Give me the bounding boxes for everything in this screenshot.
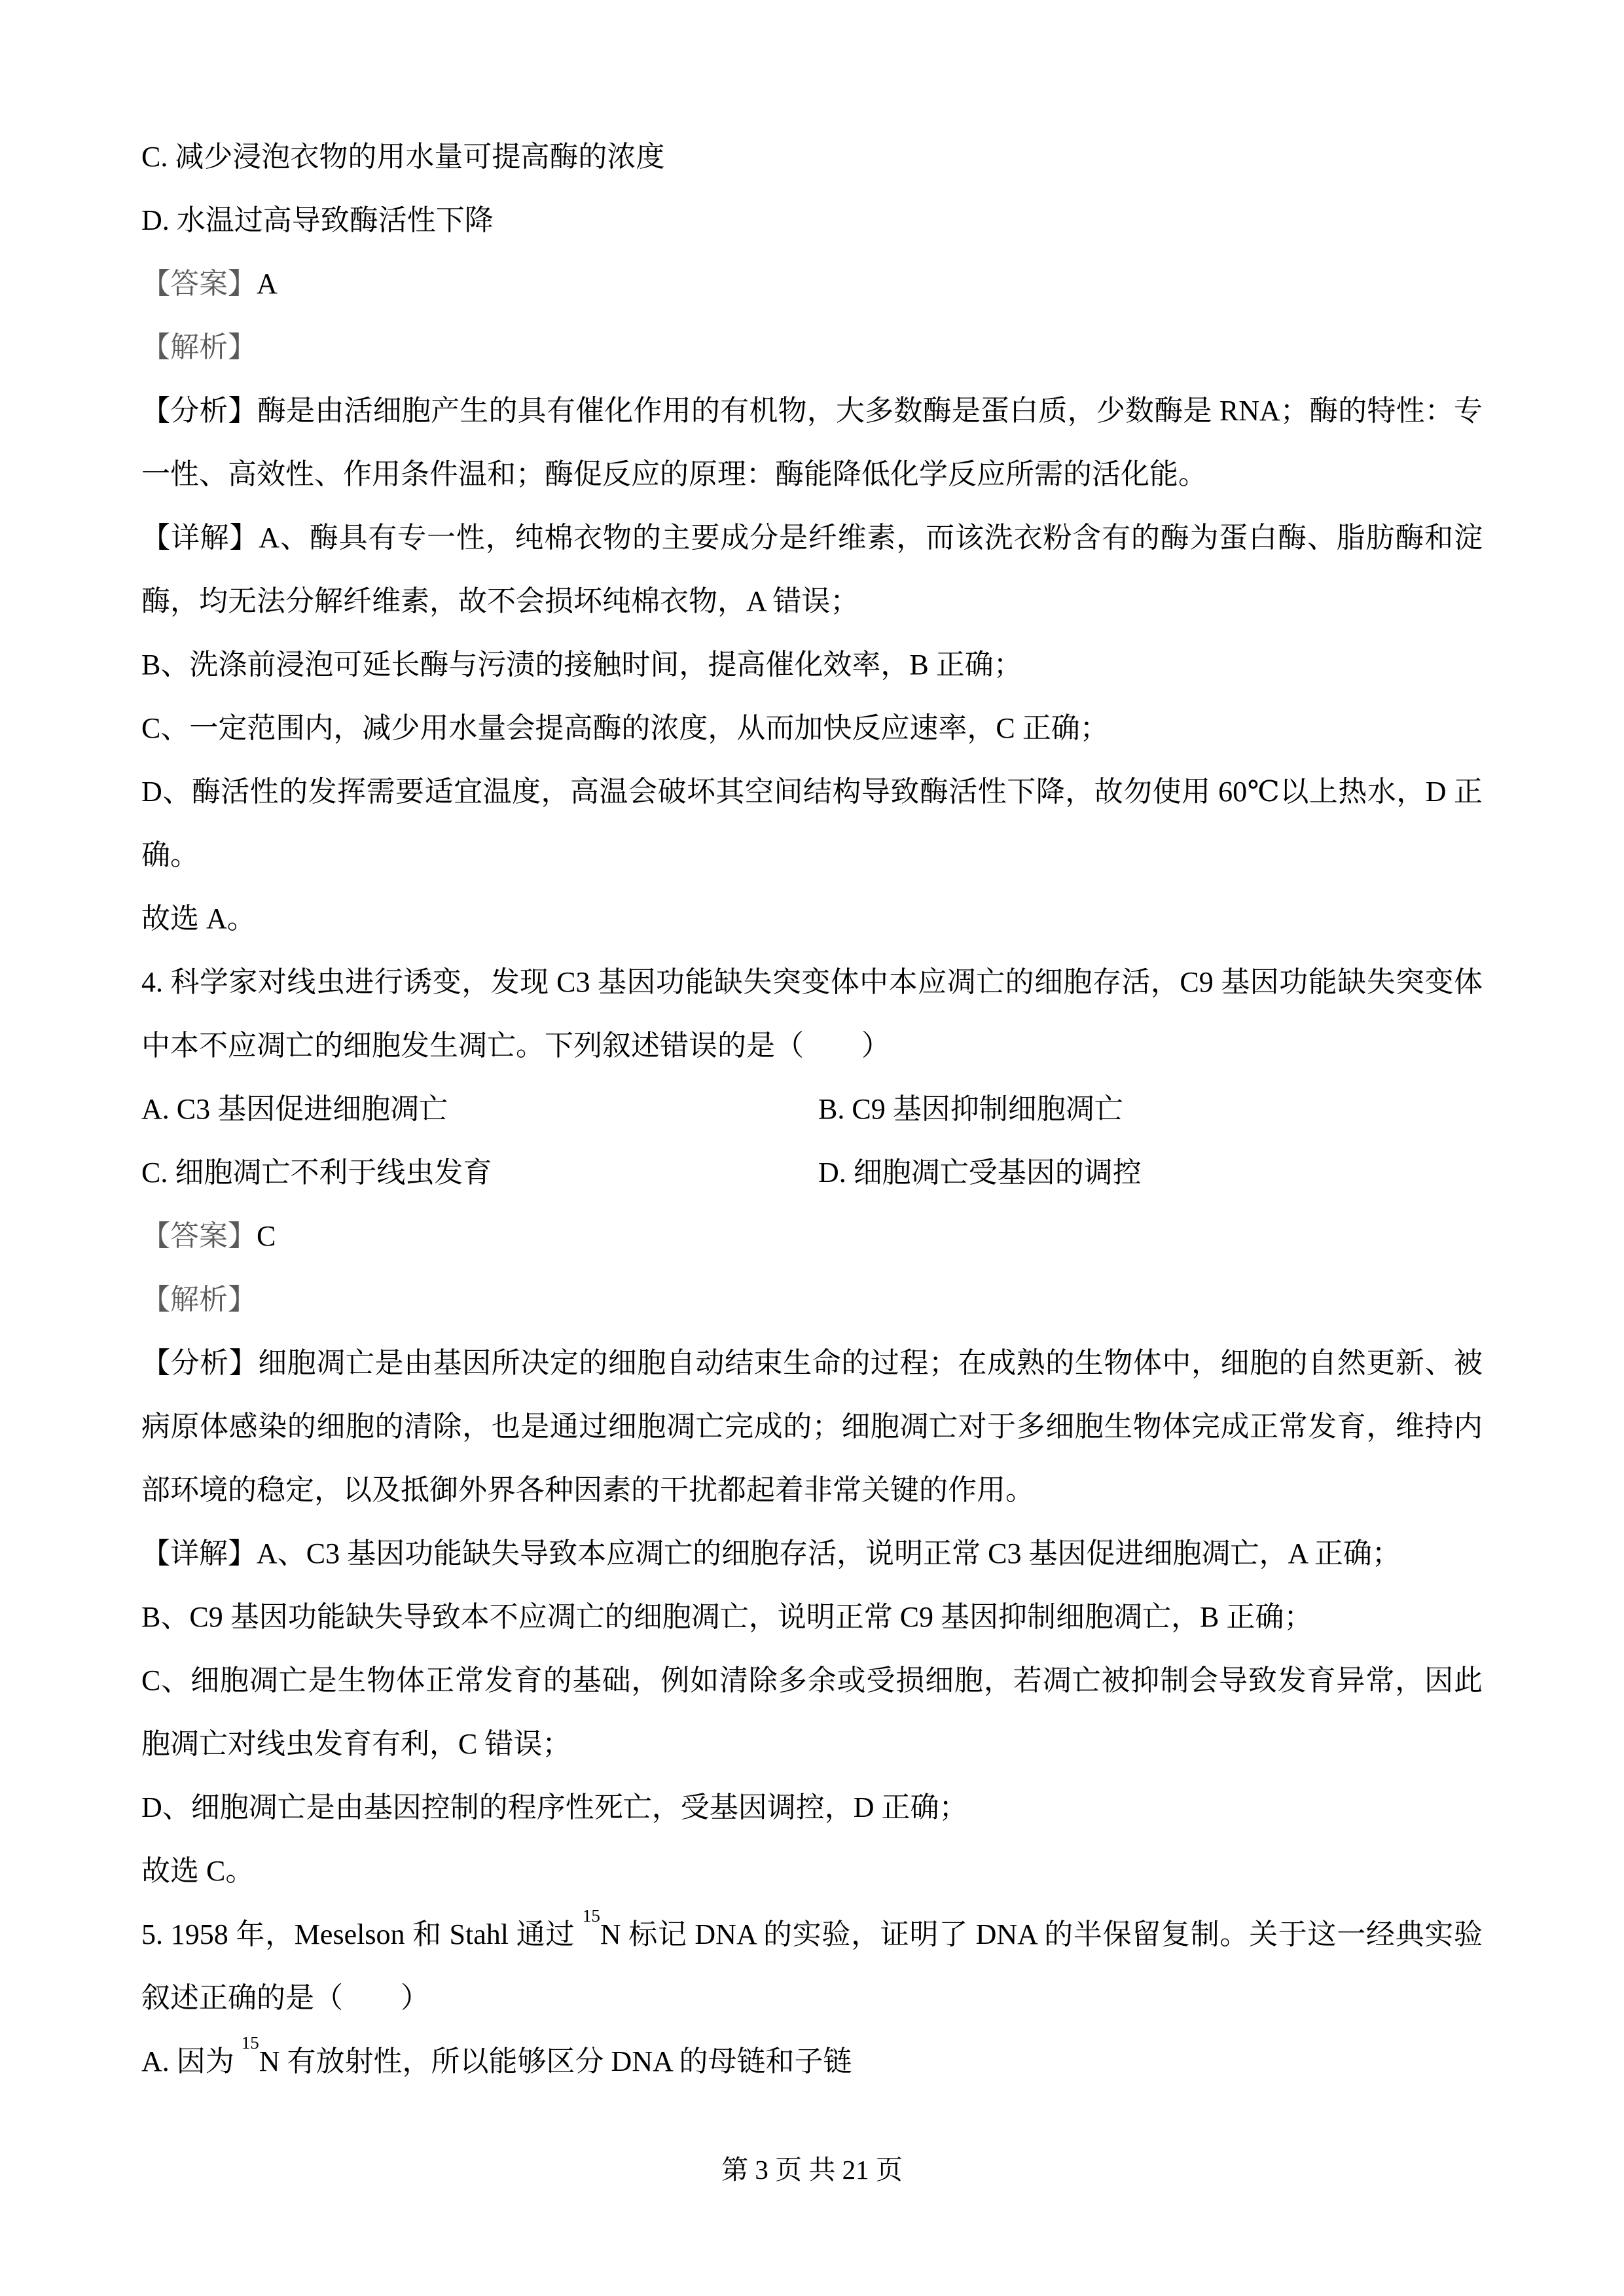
page-number-footer: 第 3 页 共 21 页	[0, 2155, 1624, 2185]
q4-detail-line-2: B、C9 基因功能缺失导致本不应凋亡的细胞凋亡，说明正常 C9 基因抑制细胞凋亡…	[141, 1585, 1483, 1649]
q4-options-row-1: A. C3 基因促进细胞凋亡B. C9 基因抑制细胞凋亡	[141, 1077, 1483, 1141]
q4-analysis-line-3: 部环境的稳定，以及抵御外界各种因素的干扰都起着非常关键的作用。	[141, 1458, 1483, 1522]
q3-answer-value: A	[257, 268, 278, 300]
q5-stem-pre: 5. 1958 年，Meselson 和 Stahl 通过	[141, 1918, 583, 1950]
q4-detail-line-4: 胞凋亡对线虫发育有利，C 错误；	[141, 1712, 1483, 1776]
q3-analysis-line-1: 【分析】酶是由活细胞产生的具有催化作用的有机物，大多数酶是蛋白质，少数酶是 RN…	[141, 379, 1483, 442]
q4-analysis-header: 【解析】	[141, 1268, 1483, 1331]
q5-option-a-pre: A. 因为	[141, 2045, 242, 2077]
q5-stem-isotope-superscript: 15	[583, 1906, 600, 1926]
q4-conclusion: 故选 C。	[141, 1839, 1483, 1903]
q5-option-a-isotope-superscript: 15	[242, 2033, 259, 2053]
q4-analysis-line-2: 病原体感染的细胞的清除，也是通过细胞凋亡完成的；细胞凋亡对于多细胞生物体完成正常…	[141, 1395, 1483, 1458]
q3-detail-line-3: B、洗涤前浸泡可延长酶与污渍的接触时间，提高催化效率，B 正确；	[141, 633, 1483, 696]
q3-detail-line-5: D、酶活性的发挥需要适宜温度，高温会破坏其空间结构导致酶活性下降，故勿使用 60…	[141, 760, 1483, 823]
q4-options-row-2: C. 细胞凋亡不利于线虫发育D. 细胞凋亡受基因的调控	[141, 1141, 1483, 1204]
q4-option-d: D. 细胞凋亡受基因的调控	[818, 1157, 1142, 1189]
q3-detail-line-6: 确。	[141, 823, 1483, 887]
q3-detail-line-1: 【详解】A、酶具有专一性，纯棉衣物的主要成分是纤维素，而该洗衣粉含有的酶为蛋白酶…	[141, 506, 1483, 569]
q4-option-c: C. 细胞凋亡不利于线虫发育	[141, 1141, 818, 1204]
q3-option-c: C. 减少浸泡衣物的用水量可提高酶的浓度	[141, 125, 1483, 188]
q4-analysis-line-1: 【分析】细胞凋亡是由基因所决定的细胞自动结束生命的过程；在成熟的生物体中，细胞的…	[141, 1331, 1483, 1395]
q3-answer-label: 【答案】	[141, 268, 257, 300]
q3-conclusion: 故选 A。	[141, 887, 1483, 950]
q4-option-a: A. C3 基因促进细胞凋亡	[141, 1077, 818, 1141]
q3-detail-line-2: 酶，均无法分解纤维素，故不会损坏纯棉衣物，A 错误；	[141, 569, 1483, 633]
q4-detail-line-3: C、细胞凋亡是生物体正常发育的基础，例如清除多余或受损细胞，若凋亡被抑制会导致发…	[141, 1649, 1483, 1712]
q5-stem-line-1: 5. 1958 年，Meselson 和 Stahl 通过 15N 标记 DNA…	[141, 1903, 1483, 1966]
q5-stem-line-2: 叙述正确的是（ ）	[141, 1966, 1483, 2030]
q3-detail-line-4: C、一定范围内，减少用水量会提高酶的浓度，从而加快反应速率，C 正确；	[141, 696, 1483, 760]
q4-option-b: B. C9 基因抑制细胞凋亡	[818, 1093, 1123, 1125]
q3-analysis-header: 【解析】	[141, 315, 1483, 379]
q4-answer-value: C	[257, 1220, 276, 1252]
page-body-text: C. 减少浸泡衣物的用水量可提高酶的浓度 D. 水温过高导致酶活性下降 【答案】…	[141, 125, 1483, 2093]
document-page: { "colors": { "text": "#000000", "label_…	[0, 0, 1624, 2296]
q4-detail-line-5: D、细胞凋亡是由基因控制的程序性死亡，受基因调控，D 正确；	[141, 1776, 1483, 1839]
q4-analysis-label: 【解析】	[141, 1283, 257, 1316]
q4-answer-line: 【答案】C	[141, 1204, 1483, 1268]
q3-analysis-label: 【解析】	[141, 331, 257, 363]
q4-answer-label: 【答案】	[141, 1220, 257, 1252]
q4-stem-line-2: 中本不应凋亡的细胞发生凋亡。下列叙述错误的是（ ）	[141, 1014, 1483, 1077]
q4-detail-line-1: 【详解】A、C3 基因功能缺失导致本应凋亡的细胞存活，说明正常 C3 基因促进细…	[141, 1522, 1483, 1585]
q4-stem-line-1: 4. 科学家对线虫进行诱变，发现 C3 基因功能缺失突变体中本应凋亡的细胞存活，…	[141, 950, 1483, 1014]
q3-option-d: D. 水温过高导致酶活性下降	[141, 188, 1483, 252]
q5-option-a-post: N 有放射性，所以能够区分 DNA 的母链和子链	[259, 2045, 852, 2077]
q3-analysis-line-2: 一性、高效性、作用条件温和；酶促反应的原理：酶能降低化学反应所需的活化能。	[141, 442, 1483, 506]
q5-option-a: A. 因为 15N 有放射性，所以能够区分 DNA 的母链和子链	[141, 2030, 1483, 2093]
q3-answer-line: 【答案】A	[141, 252, 1483, 315]
